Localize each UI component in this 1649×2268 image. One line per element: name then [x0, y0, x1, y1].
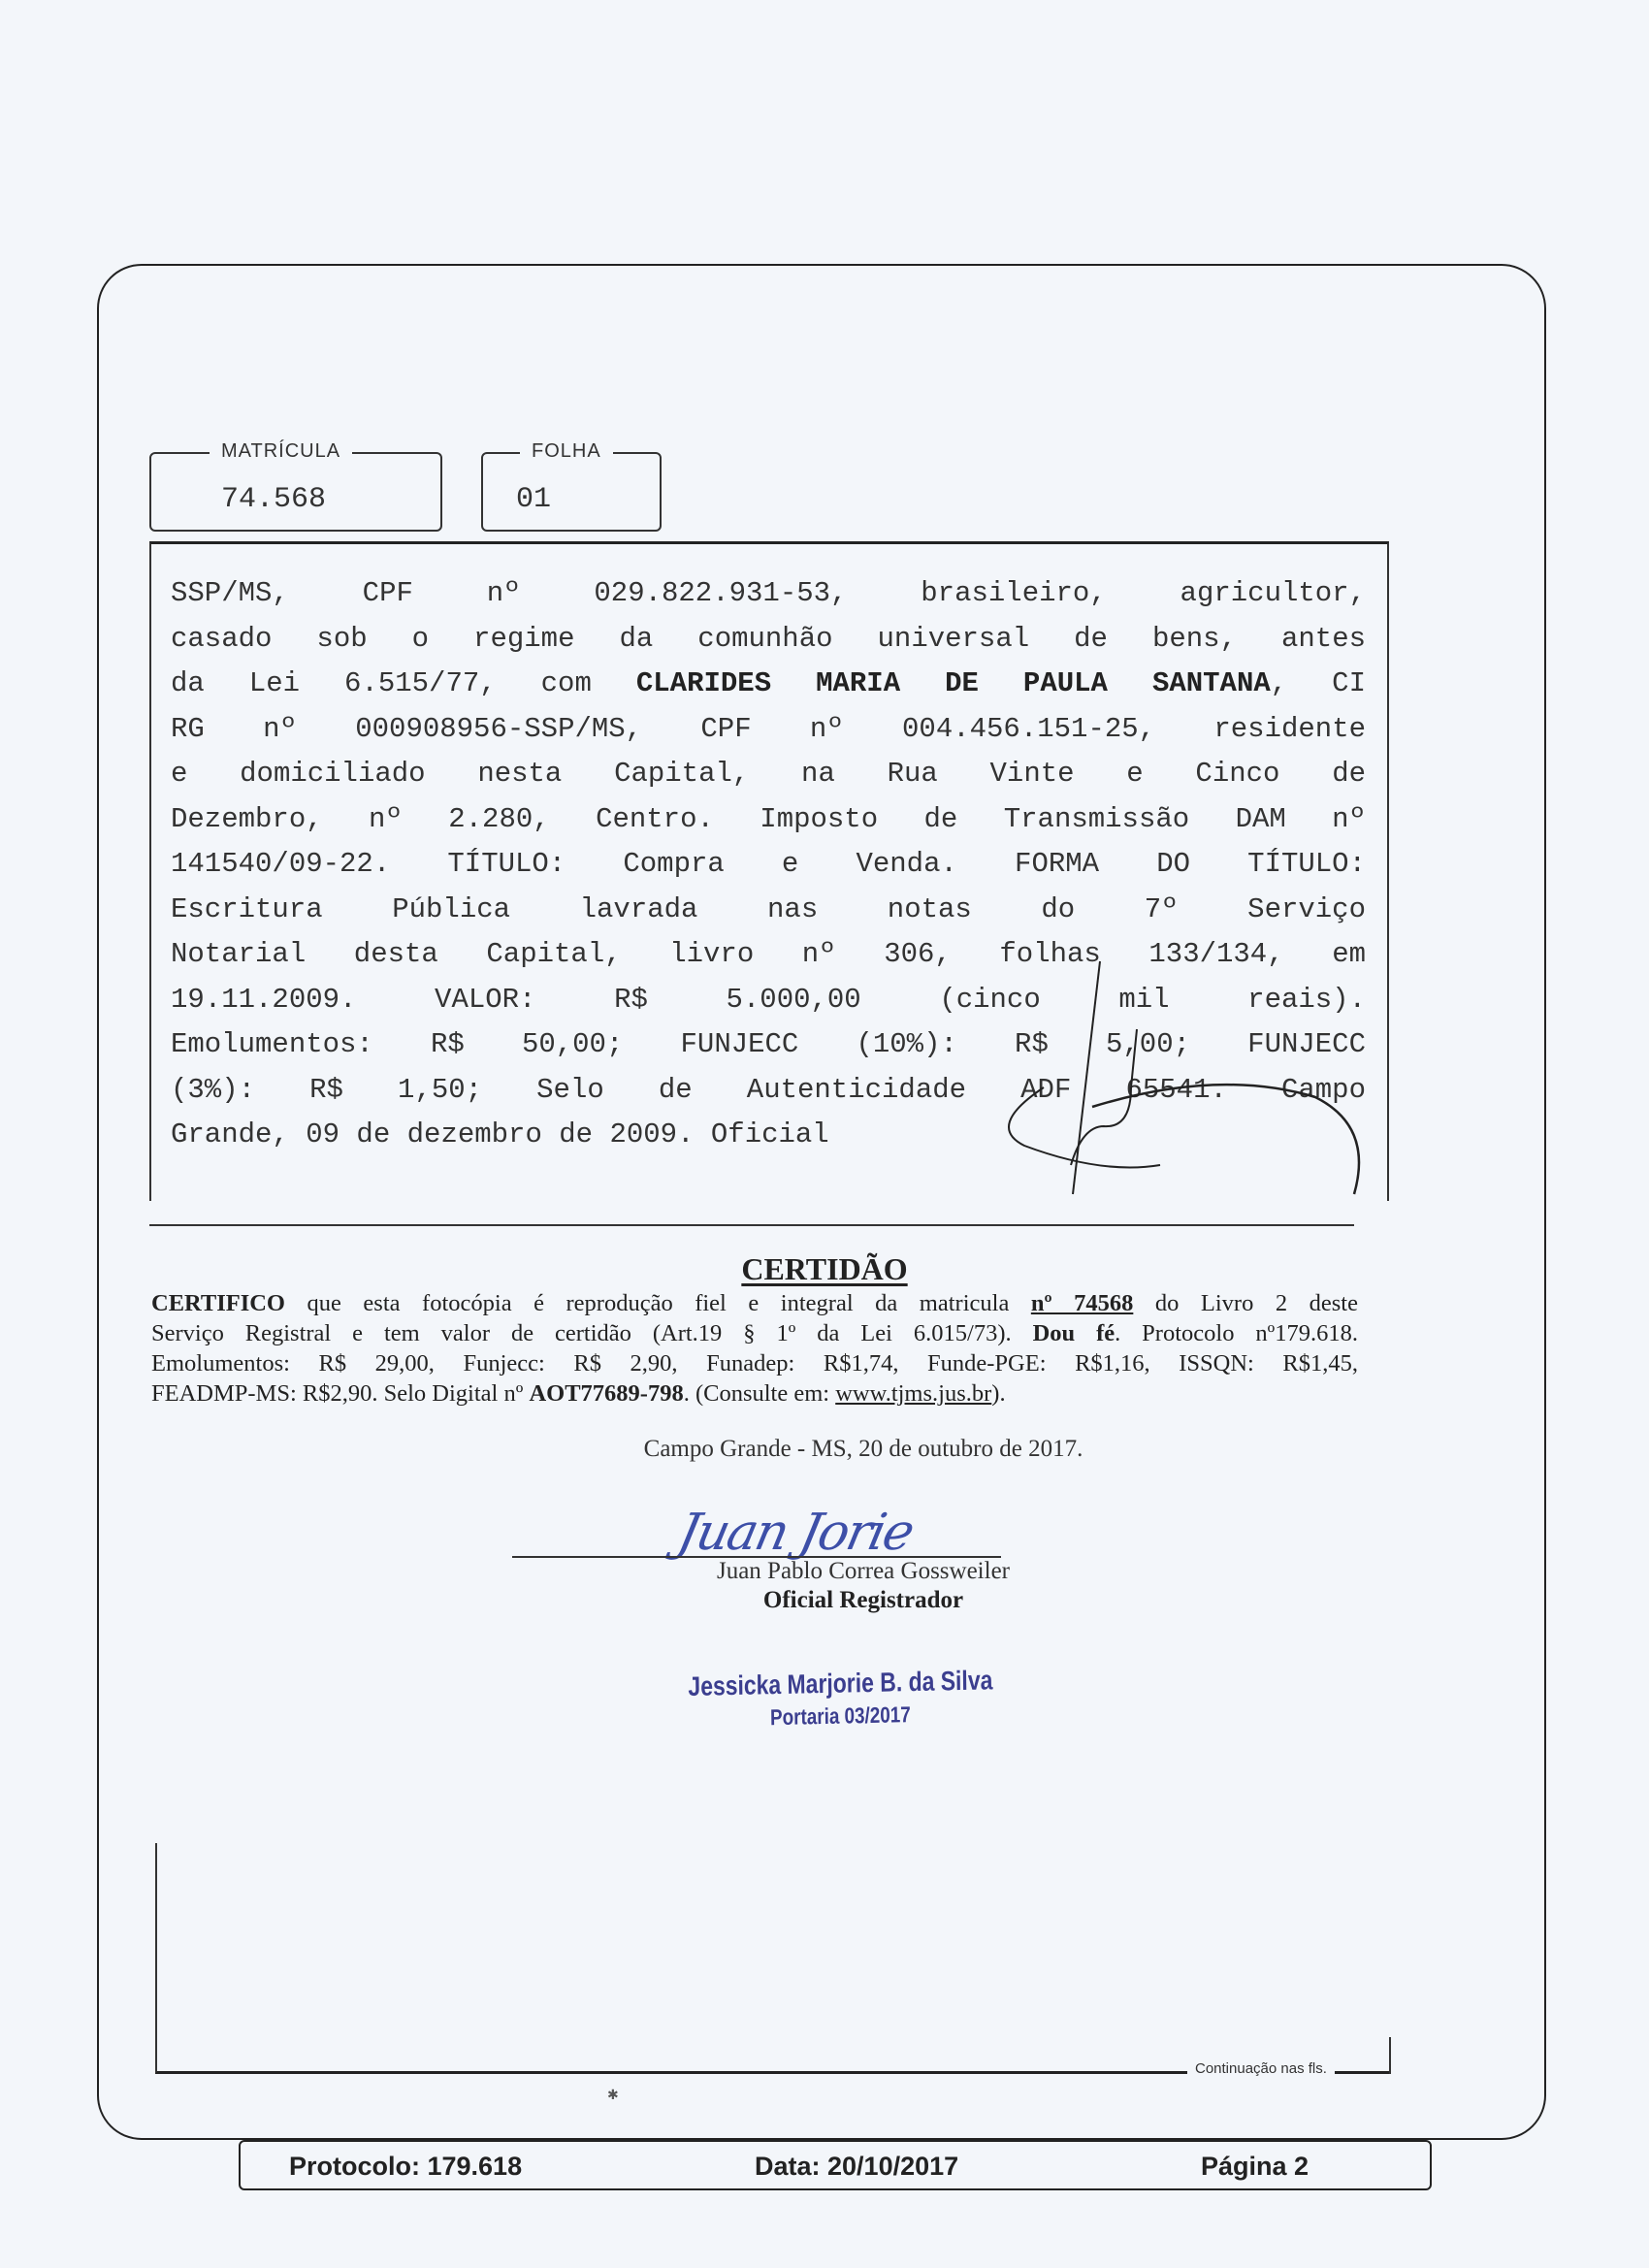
- record-line: SSP/MS, CPF nº 029.822.931-53, brasileir…: [171, 571, 1366, 617]
- folha-label: FOLHA: [520, 440, 613, 463]
- section-divider: [149, 1224, 1354, 1226]
- matricula-reference: nº 74568: [1031, 1290, 1134, 1316]
- tjms-link[interactable]: www.tjms.jus.br: [835, 1380, 991, 1407]
- scan-mark-icon: ✱: [607, 2088, 619, 2104]
- continuation-note: Continuação nas fls.: [1187, 2060, 1335, 2077]
- registrar-signature: Juan Jorie: [673, 1504, 919, 1562]
- record-line: da Lei 6.515/77, com CLARIDES MARIA DE P…: [171, 662, 1366, 707]
- footer-date: Data: 20/10/2017: [755, 2152, 958, 2182]
- registrar-name: Juan Pablo Correa Gossweiler: [0, 1558, 1649, 1585]
- record-line: 141540/09-22. TÍTULO: Compra e Venda. FO…: [171, 842, 1366, 888]
- record-line: casado sob o regime da comunhão universa…: [171, 617, 1366, 663]
- footer-bar: Protocolo: 179.618 Data: 20/10/2017 Pági…: [239, 2140, 1432, 2190]
- inner-bottom-frame: [155, 1843, 1389, 2074]
- certidao-title: CERTIDÃO: [0, 1251, 1649, 1287]
- record-box: SSP/MS, CPF nº 029.822.931-53, brasileir…: [149, 541, 1389, 1201]
- spouse-name: CLARIDES MARIA DE PAULA SANTANA: [636, 667, 1271, 699]
- footer-page: Página 2: [1201, 2152, 1309, 2182]
- handwritten-signature-icon: [850, 903, 1432, 1214]
- matricula-box: MATRÍCULA 74.568: [149, 452, 442, 532]
- selo-digital: AOT77689-798: [529, 1380, 683, 1407]
- matricula-value: 74.568: [221, 483, 326, 516]
- matricula-label: MATRÍCULA: [210, 440, 352, 463]
- record-line: e domiciliado nesta Capital, na Rua Vint…: [171, 752, 1366, 797]
- registrar-role: Oficial Registrador: [0, 1587, 1649, 1614]
- record-line: RG nº 000908956-SSP/MS, CPF nº 004.456.1…: [171, 707, 1366, 753]
- continuation-tick: [1389, 2037, 1391, 2074]
- record-line: Dezembro, nº 2.280, Centro. Imposto de T…: [171, 797, 1366, 843]
- place-date: Campo Grande - MS, 20 de outubro de 2017…: [0, 1436, 1649, 1463]
- certidao-body: CERTIFICO que esta fotocópia é reproduçã…: [151, 1288, 1358, 1409]
- folha-box: FOLHA 01: [481, 452, 662, 532]
- folha-value: 01: [516, 483, 551, 516]
- footer-protocolo: Protocolo: 179.618: [289, 2152, 522, 2182]
